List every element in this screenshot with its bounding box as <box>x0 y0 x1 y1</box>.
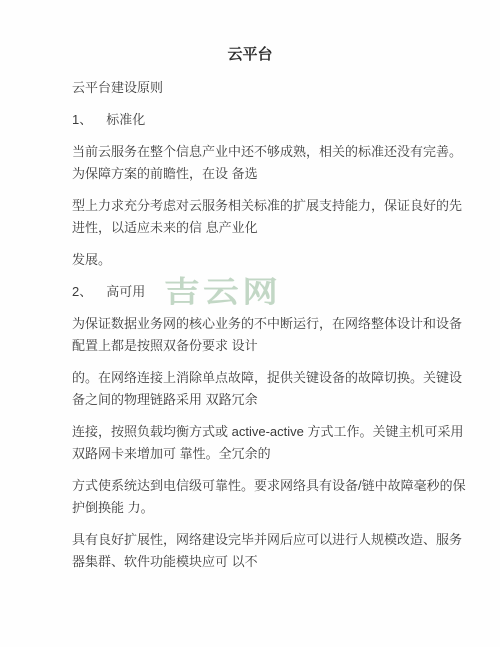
text-line: 配置上都是按照双备份要求 设计 <box>72 335 440 357</box>
section-heading: 云平台建设原则 <box>72 77 440 99</box>
document-page: 吉云网 云平台 云平台建设原则 1、标准化 当前云服务在整个信息产业中还不够成熟… <box>0 0 500 647</box>
item-label: 标准化 <box>106 112 145 127</box>
text-line: 的。在网络连接上消除单点故障，捉供关键设备的故障切换。关键设 <box>72 367 440 389</box>
text-line: 为保证数据业务网的核心业务的不中断运行，在网络整体设计和设备 <box>72 313 440 335</box>
paragraph: 连接，按照负载均衡方式或 active-active 方式工作。关键主机可采用 … <box>72 421 440 465</box>
text-line: 型上力求充分考虑对云服务相关标准的扩展支持能力，保证良好的先 <box>72 195 440 217</box>
text-line: 方式使系统达到电信级可靠性。要求网络具有设备/链中故障毫秒的保 <box>72 475 440 497</box>
paragraph: 型上力求充分考虑对云服务相关标准的扩展支持能力，保证良好的先 进性，以适应未来的… <box>72 195 440 239</box>
text-line: 连接，按照负载均衡方式或 active-active 方式工作。关键主机可采用 <box>72 421 440 443</box>
document-body: 云平台 云平台建设原则 1、标准化 当前云服务在整个信息产业中还不够成熟，相关的… <box>0 0 500 573</box>
text-line: 护倒换能 力。 <box>72 497 440 519</box>
document-title: 云平台 <box>60 44 440 66</box>
paragraph: 的。在网络连接上消除单点故障，捉供关键设备的故障切换。关键设 备之间的物理链路采… <box>72 367 440 411</box>
text-line: 当前云服务在整个信息产业中还不够成熟，相关的标准还没有完善。 <box>72 141 440 163</box>
text-line: 云平台建设原则 <box>72 77 440 99</box>
text-line: 器集群、软件功能模块应可 以不 <box>72 551 440 573</box>
text-line: 发展。 <box>72 249 440 271</box>
item-number: 2、 <box>72 281 92 303</box>
item-label: 高可用 <box>106 284 145 299</box>
text-line: 备之间的物理链路采用 双路冗余 <box>72 389 440 411</box>
paragraph: 为保证数据业务网的核心业务的不中断运行，在网络整体设计和设备 配置上都是按照双备… <box>72 313 440 357</box>
paragraph: 方式使系统达到电信级可靠性。要求网络具有设备/链中故障毫秒的保 护倒换能 力。 <box>72 475 440 519</box>
text-line: 为保障方案的前瞻性，在设 备选 <box>72 163 440 185</box>
text-line: 双路网卡来增加可 靠性。全冗余的 <box>72 443 440 465</box>
text-line: 进性，以适应未来的信 息产业化 <box>72 217 440 239</box>
text-line: 具有良好扩展性，网络建设完毕并网后应可以进行人规模改造、服务 <box>72 529 440 551</box>
paragraph: 具有良好扩展性，网络建设完毕并网后应可以进行人规模改造、服务 器集群、软件功能模… <box>72 529 440 573</box>
numbered-item-2: 2、高可用 <box>72 281 440 303</box>
paragraph: 发展。 <box>72 249 440 271</box>
item-number: 1、 <box>72 109 92 131</box>
paragraph: 当前云服务在整个信息产业中还不够成熟，相关的标准还没有完善。 为保障方案的前瞻性… <box>72 141 440 185</box>
numbered-item-1: 1、标准化 <box>72 109 440 131</box>
